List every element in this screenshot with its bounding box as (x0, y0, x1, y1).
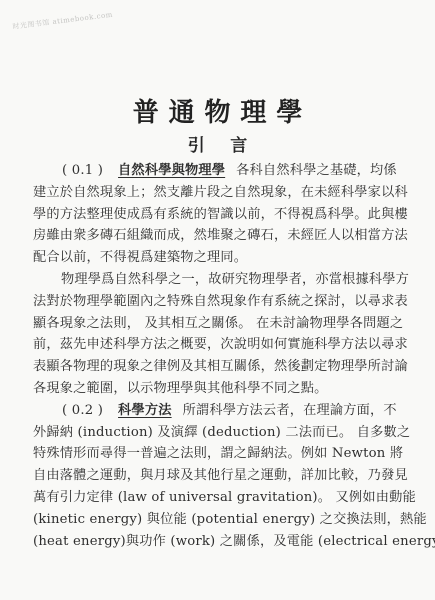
section-heading: 科學方法 (118, 403, 172, 418)
text-line: 學的方法整理使成爲有系統的智識以前，不得視爲科學。此與樓 (33, 204, 407, 226)
text-line: 前，茲先申述科學方法之概要，次說明如何實施科學方法以尋求 (33, 334, 407, 356)
section-heading: 自然科學與物理學 (118, 163, 225, 178)
section-title: 引 言 (0, 131, 435, 156)
text-line: 房雖由衆多磚石組織而成，然堆聚之磚石，未經匠人以相當方法 (33, 225, 407, 247)
line-text: 所謂科學方法云者，在理論方面，不 (183, 403, 397, 418)
text-line: 法對於物理學範圍內之特殊自然現象作有系統之探討，以尋求表 (33, 291, 407, 313)
book-page: 时光图书馆 atimebook.com 普通物理學 引 言 ( 0.1 )自然科… (0, 0, 435, 600)
section-number: ( 0.1 ) (62, 163, 103, 178)
text-line: 表顯各物理的現象之律例及其相互關係，然後劃定物理學所討論 (33, 356, 407, 378)
text-line: 自由落體之運動，與月球及其他行星之運動，詳加比較，乃發見 (33, 465, 407, 487)
text-line: 顯各現象之法則， 及其相互之關係。 在未討論物理學各問題之 (33, 313, 407, 335)
section-number: ( 0.2 ) (62, 403, 103, 418)
body-text: ( 0.1 )自然科學與物理學各科自然科學之基礎，均係 建立於自然現象上；然支離… (33, 160, 407, 552)
page-title: 普通物理學 (0, 92, 435, 129)
text-line: (heat energy)與功作 (work) 之關係，及電能 (electri… (33, 531, 407, 553)
text-line: 建立於自然現象上；然支離片段之自然現象，在未經科學家以科 (33, 182, 407, 204)
text-line: ( 0.2 )科學方法所謂科學方法云者，在理論方面，不 (33, 400, 407, 422)
text-line: 特殊情形而尋得一普遍之法則，謂之歸納法。例如 Newton 將 (33, 443, 407, 465)
text-line: 各現象之範圍，以示物理學與其他科學不同之點。 (33, 378, 407, 400)
watermark: 时光图书馆 atimebook.com (12, 10, 113, 32)
line-text: 各科自然科學之基礎，均係 (236, 163, 397, 178)
text-line: 萬有引力定律 (law of universal gravitation)。 又… (33, 487, 407, 509)
text-line: ( 0.1 )自然科學與物理學各科自然科學之基礎，均係 (33, 160, 407, 182)
text-line: (kinetic energy) 與位能 (potential energy) … (33, 509, 407, 531)
text-line: 配合以前，不得視爲建築物之理同。 (33, 247, 407, 269)
text-line: 外歸納 (induction) 及演繹 (deduction) 二法而已。 自多… (33, 422, 407, 444)
text-line: 物理學爲自然科學之一，故研究物理學者，亦當根據科學方 (33, 269, 407, 291)
